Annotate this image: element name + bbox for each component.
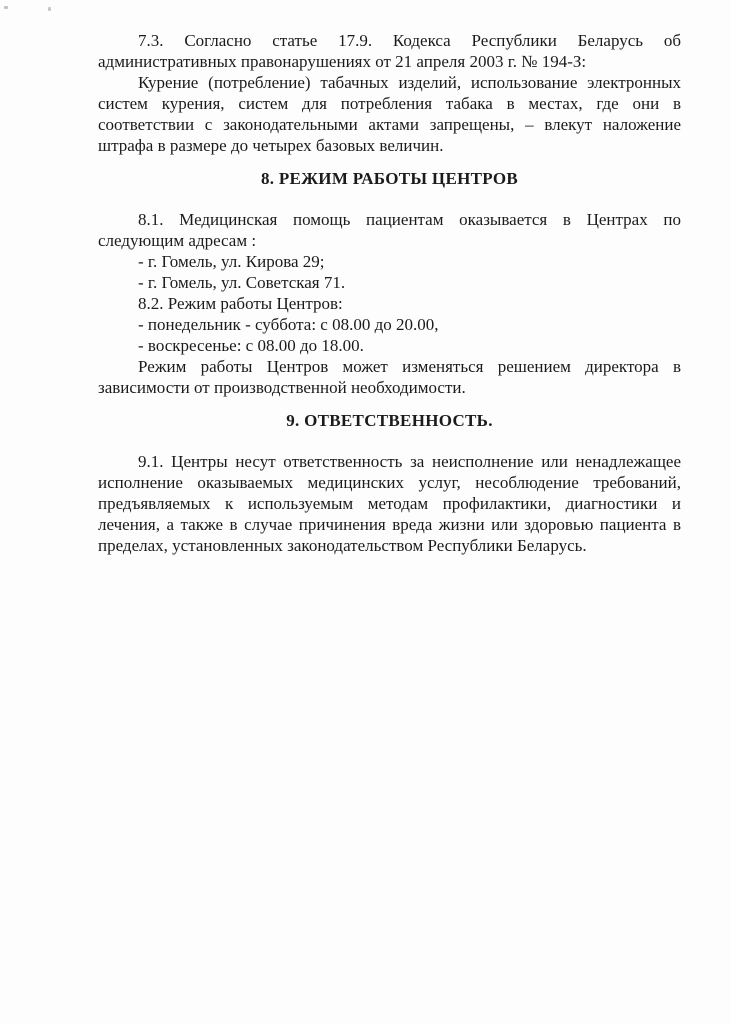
scan-speck-icon bbox=[4, 6, 8, 9]
section-8-heading: 8. РЕЖИМ РАБОТЫ ЦЕНТРОВ bbox=[98, 168, 681, 189]
address-sovetskaya: - г. Гомель, ул. Советская 71. bbox=[98, 272, 681, 293]
scan-speck-icon bbox=[48, 7, 51, 11]
address-kirova: - г. Гомель, ул. Кирова 29; bbox=[98, 251, 681, 272]
section-9-heading: 9. ОТВЕТСТВЕННОСТЬ. bbox=[98, 410, 681, 431]
clause-7-3: 7.3. Согласно статье 17.9. Кодекса Респу… bbox=[98, 30, 681, 72]
document-body: 7.3. Согласно статье 17.9. Кодекса Респу… bbox=[98, 30, 681, 556]
schedule-weekdays: - понедельник - суббота: с 08.00 до 20.0… bbox=[98, 314, 681, 335]
clause-8-1: 8.1. Медицинская помощь пациентам оказыв… bbox=[98, 209, 681, 251]
clause-9-1: 9.1. Центры несут ответственность за неи… bbox=[98, 451, 681, 556]
clause-schedule-note: Режим работы Центров может изменяться ре… bbox=[98, 356, 681, 398]
document-page: 7.3. Согласно статье 17.9. Кодекса Респу… bbox=[0, 0, 731, 1024]
clause-8-2: 8.2. Режим работы Центров: bbox=[98, 293, 681, 314]
schedule-sunday: - воскресенье: с 08.00 до 18.00. bbox=[98, 335, 681, 356]
clause-smoking-ban: Курение (потребление) табачных изделий, … bbox=[98, 72, 681, 156]
